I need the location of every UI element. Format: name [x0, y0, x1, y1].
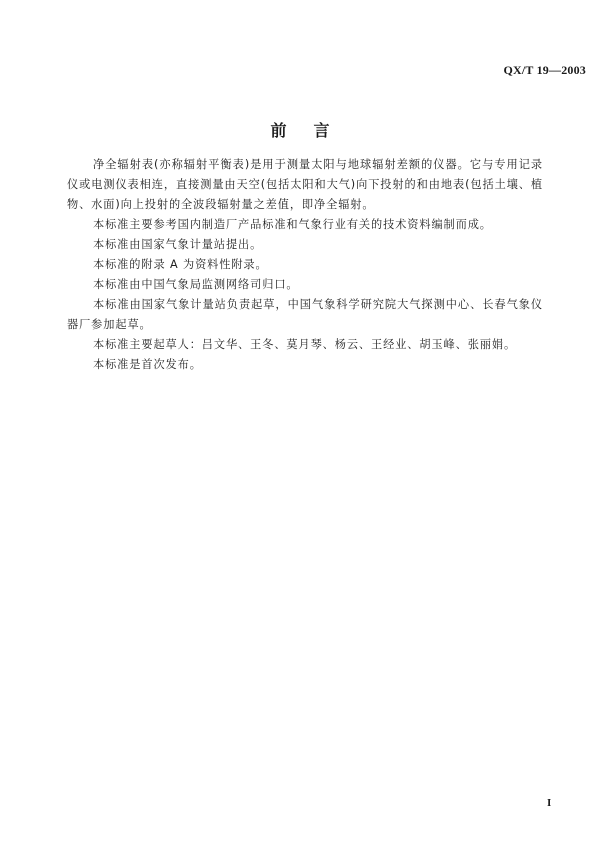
paragraph-drafters: 本标准主要起草人：吕文华、王冬、莫月琴、杨云、王经业、胡玉峰、张丽娟。: [67, 335, 543, 355]
paragraph-reference: 本标准主要参考国内制造厂产品标准和气象行业有关的技术资料编制而成。: [67, 215, 543, 235]
standard-code: QX/T 19—2003: [503, 63, 586, 78]
page-number: I: [547, 797, 551, 809]
paragraph-appendix: 本标准的附录 A 为资料性附录。: [67, 255, 543, 275]
paragraph-drafting-units: 本标准由国家气象计量站负责起草，中国气象科学研究院大气探测中心、长春气象仪器厂参…: [67, 295, 543, 335]
paragraph-intro: 净全辐射表(亦称辐射平衡表)是用于测量太阳与地球辐射差额的仪器。它与专用记录仪或…: [67, 155, 543, 215]
foreword-body: 净全辐射表(亦称辐射平衡表)是用于测量太阳与地球辐射差额的仪器。它与专用记录仪或…: [67, 155, 543, 375]
paragraph-first-release: 本标准是首次发布。: [67, 355, 543, 375]
page-title: 前言: [0, 118, 600, 141]
paragraph-proposer: 本标准由国家气象计量站提出。: [67, 235, 543, 255]
paragraph-jurisdiction: 本标准由中国气象局监测网络司归口。: [67, 275, 543, 295]
